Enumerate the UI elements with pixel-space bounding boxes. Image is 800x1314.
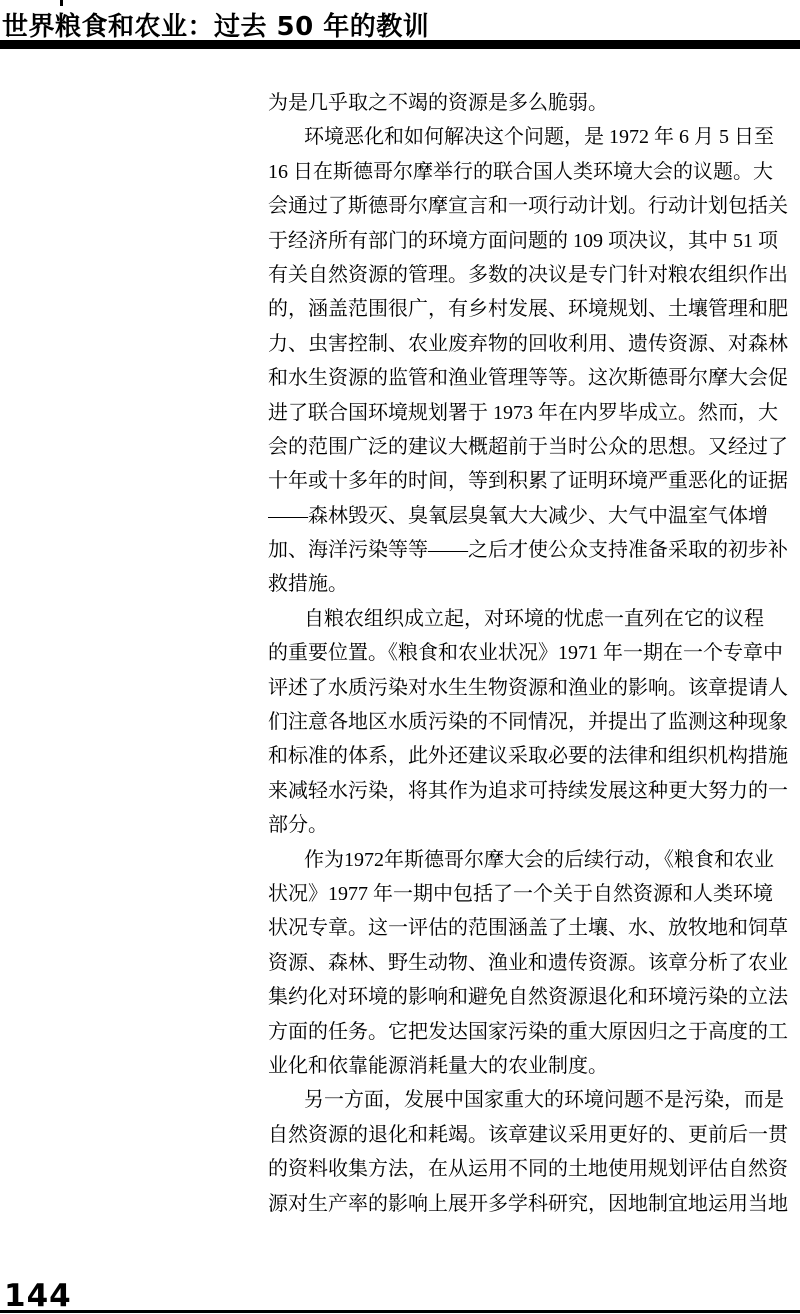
text-line: 力、虫害控制、农业废弃物的回收利用、遗传资源、对森林 — [268, 327, 800, 361]
text-line: 于经济所有部门的环境方面问题的 109 项决议，其中 51 项 — [268, 224, 800, 258]
text-line: 另一方面，发展中国家重大的环境问题不是污染，而是 — [268, 1083, 800, 1117]
text-line: 的重要位置。《粮食和农业状况》1971 年一期在一个专章中 — [268, 636, 800, 670]
text-line: 为是几乎取之不竭的资源是多么脆弱。 — [268, 86, 800, 120]
text-line: 会通过了斯德哥尔摩宣言和一项行动计划。行动计划包括关 — [268, 189, 800, 223]
text-line: 来减轻水污染，将其作为追求可持续发展这种更大努力的一 — [268, 774, 800, 808]
header-rule — [0, 40, 800, 49]
page-header-title: 世界粮食和农业：过去 50 年的教训 — [2, 6, 429, 43]
text-line: 加、海洋污染等等——之后才使公众支持准备采取的初步补 — [268, 533, 800, 567]
scanned-book-page: 世界粮食和农业：过去 50 年的教训 为是几乎取之不竭的资源是多么脆弱。 环境恶… — [0, 0, 800, 1314]
text-line: 16 日在斯德哥尔摩举行的联合国人类环境大会的议题。大 — [268, 155, 800, 189]
text-line: 救措施。 — [268, 567, 800, 601]
text-line: 的，涵盖范围很广，有乡村发展、环境规划、土壤管理和肥 — [268, 292, 800, 326]
text-line: 方面的任务。它把发达国家污染的重大原因归之于高度的工 — [268, 1015, 800, 1049]
text-line: 评述了水质污染对水生生物资源和渔业的影响。该章提请人 — [268, 671, 800, 705]
text-line: 状况专章。这一评估的范围涵盖了土壤、水、放牧地和饲草 — [268, 911, 800, 945]
text-line: 状况》1977 年一期中包括了一个关于自然资源和人类环境 — [268, 877, 800, 911]
text-line: 作为1972年斯德哥尔摩大会的后续行动，《粮食和农业 — [268, 843, 800, 877]
text-line: 进了联合国环境规划署于 1973 年在内罗毕成立。然而，大 — [268, 396, 800, 430]
footer-rule — [0, 1310, 800, 1313]
body-text-column: 为是几乎取之不竭的资源是多么脆弱。 环境恶化和如何解决这个问题，是 1972 年… — [268, 86, 800, 1221]
text-line: 和标准的体系，此外还建议采取必要的法律和组织机构措施 — [268, 739, 800, 773]
text-line: 十年或十多年的时间，等到积累了证明环境严重恶化的证据 — [268, 464, 800, 498]
page-number: 144 — [4, 1278, 72, 1314]
text-line: 们注意各地区水质污染的不同情况，并提出了监测这种现象 — [268, 705, 800, 739]
text-line: 部分。 — [268, 808, 800, 842]
text-line: ——森林毁灭、臭氧层臭氧大大减少、大气中温室气体增 — [268, 499, 800, 533]
text-line: 和水生资源的监管和渔业管理等等。这次斯德哥尔摩大会促 — [268, 361, 800, 395]
text-line: 有关自然资源的管理。多数的决议是专门针对粮农组织作出 — [268, 258, 800, 292]
text-line: 环境恶化和如何解决这个问题，是 1972 年 6 月 5 日至 — [268, 120, 800, 154]
text-line: 资源、森林、野生动物、渔业和遗传资源。该章分析了农业 — [268, 946, 800, 980]
text-line: 会的范围广泛的建议大概超前于当时公众的思想。又经过了 — [268, 430, 800, 464]
text-line: 自粮农组织成立起，对环境的忧虑一直列在它的议程 — [268, 602, 800, 636]
text-line: 业化和依靠能源消耗量大的农业制度。 — [268, 1049, 800, 1083]
text-line: 的资料收集方法，在从运用不同的土地使用规划评估自然资 — [268, 1152, 800, 1186]
text-line: 集约化对环境的影响和避免自然资源退化和环境污染的立法 — [268, 980, 800, 1014]
text-line: 自然资源的退化和耗竭。该章建议采用更好的、更前后一贯 — [268, 1118, 800, 1152]
text-line: 源对生产率的影响上展开多学科研究，因地制宜地运用当地 — [268, 1187, 800, 1221]
